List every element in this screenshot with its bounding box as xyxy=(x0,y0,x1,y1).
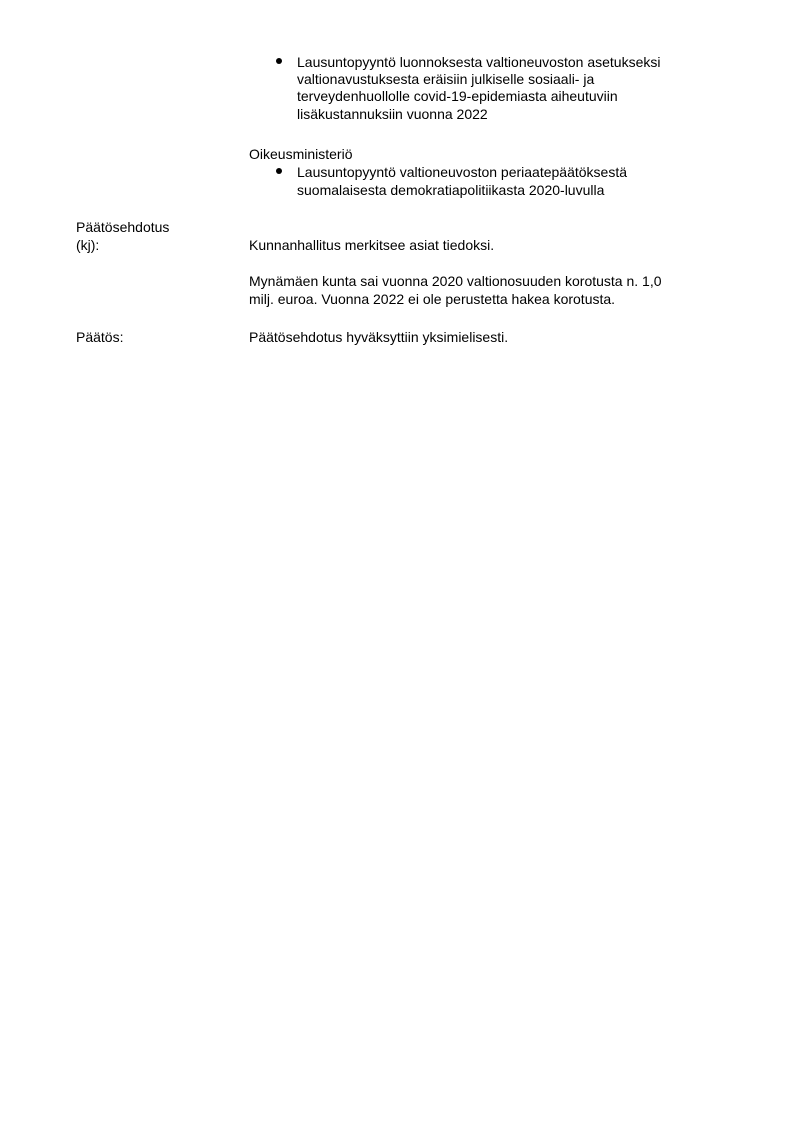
bullet-text-line: Lausuntopyyntö valtioneuvoston periaatep… xyxy=(297,164,627,180)
proposal-text: Kunnanhallitus merkitsee asiat tiedoksi. xyxy=(249,237,494,253)
bullet-icon xyxy=(276,58,282,64)
proposal-label: Päätösehdotus xyxy=(76,219,169,235)
bullet-text-line: lisäkustannuksiin vuonna 2022 xyxy=(297,106,488,122)
bullet-text-line: suomalaisesta demokratiapolitiikasta 202… xyxy=(297,182,604,198)
decision-text: Päätösehdotus hyväksyttiin yksimielisest… xyxy=(249,329,508,345)
proposal-label: (kj): xyxy=(76,237,99,253)
bullet-text-line: valtionavustuksesta eräisiin julkiselle … xyxy=(297,71,594,87)
bullet-text-line: terveydenhuollolle covid-19-epidemiasta … xyxy=(297,88,618,104)
bullet-text-line: Lausuntopyyntö luonnoksesta valtioneuvos… xyxy=(297,54,660,70)
proposal-text: Mynämäen kunta sai vuonna 2020 valtionos… xyxy=(249,273,662,289)
ministry-heading: Oikeusministeriö xyxy=(249,146,352,162)
proposal-text: milj. euroa. Vuonna 2022 ei ole perustet… xyxy=(249,291,615,307)
decision-label: Päätös: xyxy=(76,329,123,345)
bullet-icon xyxy=(276,168,282,174)
